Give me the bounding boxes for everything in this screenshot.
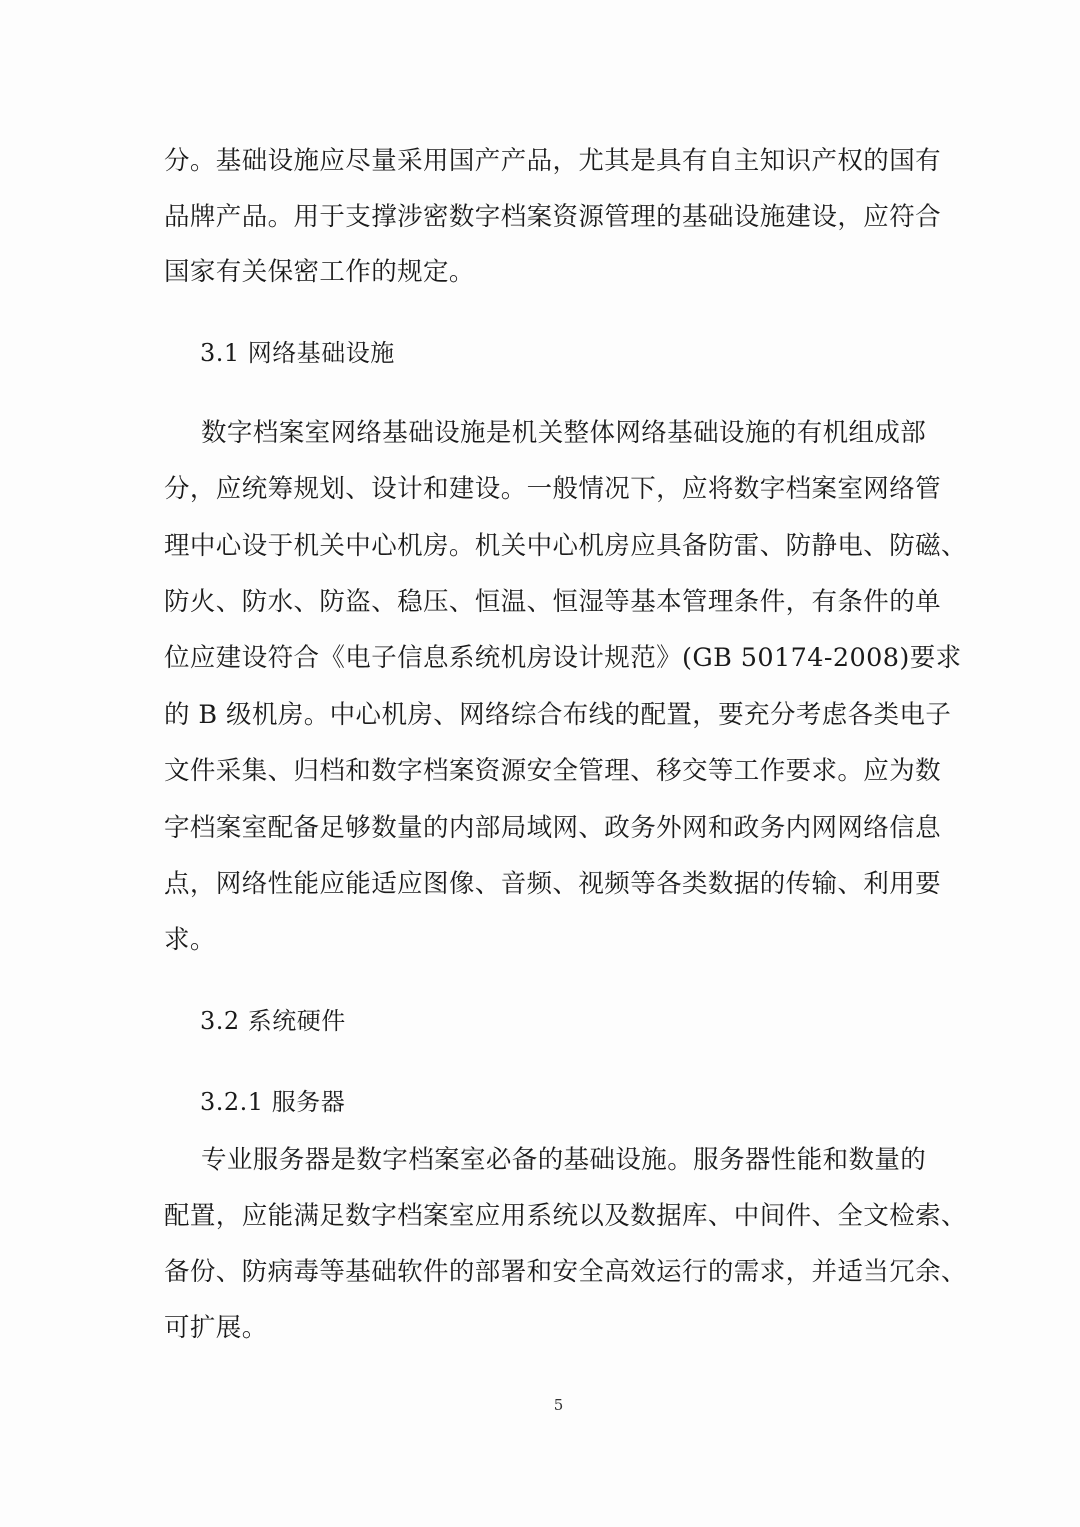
section-3-1-paragraph-line: 理中心设于机关中心机房。机关中心机房应具备防雷、防静电、防磁、 — [164, 531, 918, 561]
intro-paragraph-line: 品牌产品。用于支撑涉密数字档案资源管理的基础设施建设，应符合 — [164, 202, 918, 232]
intro-paragraph-line: 国家有关保密工作的规定。 — [164, 257, 918, 287]
section-3-2-1-paragraph-line: 专业服务器是数字档案室必备的基础设施。服务器性能和数量的 — [201, 1145, 918, 1175]
section-heading-3-1: 3.1 网络基础设施 — [200, 338, 395, 368]
section-3-1-paragraph-line: 防火、防水、防盗、稳压、恒温、恒湿等基本管理条件，有条件的单 — [164, 587, 918, 617]
section-3-1-paragraph-line: 位应建设符合《电子信息系统机房设计规范》(GB 50174-2008)要求 — [164, 643, 918, 673]
section-3-2-1-paragraph-line: 备份、防病毒等基础软件的部署和安全高效运行的需求，并适当冗余、 — [164, 1257, 918, 1287]
section-3-2-1-paragraph-line: 可扩展。 — [164, 1313, 918, 1343]
section-3-1-paragraph-line: 文件采集、归档和数字档案资源安全管理、移交等工作要求。应为数 — [164, 756, 918, 786]
section-3-1-paragraph-line: 点，网络性能应能适应图像、音频、视频等各类数据的传输、利用要 — [164, 869, 918, 899]
section-heading-3-2-1: 3.2.1 服务器 — [200, 1087, 345, 1117]
section-3-1-paragraph-line: 数字档案室网络基础设施是机关整体网络基础设施的有机组成部 — [201, 418, 918, 448]
page-number: 5 — [0, 1396, 1080, 1414]
section-3-1-paragraph-line: 的 B 级机房。中心机房、网络综合布线的配置，要充分考虑各类电子 — [164, 700, 918, 730]
section-3-1-paragraph-line: 求。 — [164, 925, 918, 955]
section-3-1-paragraph-line: 分，应统筹规划、设计和建设。一般情况下，应将数字档案室网络管 — [164, 474, 918, 504]
section-heading-3-2: 3.2 系统硬件 — [200, 1006, 346, 1036]
section-3-1-paragraph-line: 字档案室配备足够数量的内部局域网、政务外网和政务内网网络信息 — [164, 813, 918, 843]
section-3-2-1-paragraph-line: 配置，应能满足数字档案室应用系统以及数据库、中间件、全文检索、 — [164, 1201, 918, 1231]
intro-paragraph-line: 分。基础设施应尽量采用国产产品，尤其是具有自主知识产权的国有 — [164, 146, 918, 176]
document-page: 分。基础设施应尽量采用国产产品，尤其是具有自主知识产权的国有 品牌产品。用于支撑… — [0, 0, 1080, 1527]
